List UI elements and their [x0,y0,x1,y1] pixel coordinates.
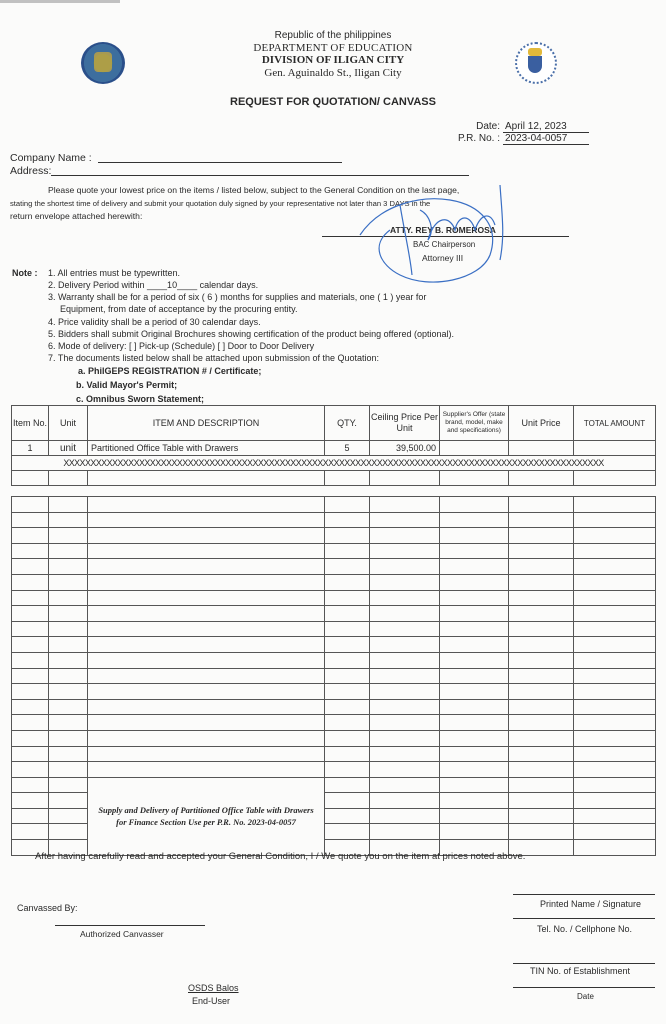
tel-no-line[interactable] [513,918,655,919]
note-item: 6. Mode of delivery: [ ] Pick-up (Schedu… [48,341,314,351]
col-item-no: Item No. [12,406,49,441]
note-label: Note : [12,268,38,278]
header-department: DEPARTMENT OF EDUCATION [0,42,666,54]
cell-ceiling-price: 39,500.00 [370,441,440,456]
intro-line-2: stating the shortest time of delivery an… [10,197,430,210]
required-doc: c. Omnibus Sworn Statement; [76,394,204,404]
signatory-title: Attorney III [422,253,463,263]
address-label: Address: [10,165,51,177]
pr-value: 2023-04-0057 [503,133,589,145]
pr-label: P.R. No. : [430,133,500,144]
quotation-table: Item No. Unit ITEM AND DESCRIPTION QTY. … [11,405,656,486]
table-row [12,668,656,684]
scan-artifact [0,0,120,3]
table-row [12,574,656,590]
company-name-label: Company Name : [10,152,92,164]
table-row [12,497,656,513]
end-user-label: End-User [192,996,230,1006]
document-title: REQUEST FOR QUOTATION/ CANVASS [0,96,666,108]
date-label: Date: [440,121,500,132]
header-address: Gen. Aguinaldo St., Iligan City [0,67,666,79]
col-supplier-offer: Supplier's Offer (state brand, model, ma… [440,406,509,441]
table-row [12,684,656,700]
table-row [12,746,656,762]
table-row [12,621,656,637]
tin-label: TIN No. of Establishment [530,966,630,976]
table-row [12,762,656,778]
note-item: 5. Bidders shall submit Original Brochur… [48,329,454,339]
table-row [12,528,656,544]
intro-line-3: return envelope attached herewith: [10,210,142,223]
col-total-amount: TOTAL AMOUNT [574,406,656,441]
separator-row: XXXXXXXXXXXXXXXXXXXXXXXXXXXXXXXXXXXXXXXX… [12,456,656,471]
signature-line [322,236,569,237]
required-doc: b. Valid Mayor's Permit; [76,380,177,390]
cell-unit-price[interactable] [509,441,574,456]
table-row: 1 unit Partitioned Office Table with Dra… [12,441,656,456]
note-item: Equipment, from date of acceptance by th… [60,304,297,314]
table-row [12,715,656,731]
cell-item-no: 1 [12,441,49,456]
tin-line[interactable] [513,963,655,964]
cell-unit: unit [49,441,88,456]
table-row [12,590,656,606]
acceptance-statement: After having carefully read and accepted… [35,851,525,862]
col-unit: Unit [49,406,88,441]
signatory-name: ATTY. REY B. ROMEROSA [390,225,496,235]
table-row [12,730,656,746]
company-name-field[interactable] [98,162,342,163]
blank-rows-table: Supply and Delivery of Partitioned Offic… [11,496,656,856]
col-description: ITEM AND DESCRIPTION [88,406,325,441]
printed-name-line[interactable] [513,894,655,895]
date-label-footer: Date [577,992,594,1001]
table-row [12,559,656,575]
table-row [12,637,656,653]
address-field[interactable] [51,175,469,176]
cell-description: Partitioned Office Table with Drawers [88,441,325,456]
canvasser-signature-line[interactable] [55,925,205,926]
date-line[interactable] [513,987,655,988]
note-item: 7. The documents listed below shall be a… [48,353,379,363]
note-item: 2. Delivery Period within ____10____ cal… [48,280,258,290]
table-row: Supply and Delivery of Partitioned Offic… [12,777,656,793]
note-item: 3. Warranty shall be for a period of six… [48,292,426,302]
col-qty: QTY. [325,406,370,441]
end-user-name: OSDS Balos [188,983,239,993]
table-row [12,699,656,715]
purpose-description: Supply and Delivery of Partitioned Offic… [88,777,325,855]
note-item: 1. All entries must be typewritten. [48,268,180,278]
table-header-row: Item No. Unit ITEM AND DESCRIPTION QTY. … [12,406,656,441]
authorized-canvasser-label: Authorized Canvasser [80,929,164,939]
intro-line-1: Please quote your lowest price on the it… [48,184,459,197]
required-doc: a. PhilGEPS REGISTRATION # / Certificate… [78,366,261,376]
col-unit-price: Unit Price [509,406,574,441]
table-row [12,543,656,559]
cell-qty: 5 [325,441,370,456]
canvassed-by-label: Canvassed By: [17,903,78,913]
col-ceiling-price: Ceiling Price Per Unit [370,406,440,441]
cell-total[interactable] [574,441,656,456]
header-republic: Republic of the philippines [0,30,666,41]
signatory-role: BAC Chairperson [413,240,475,249]
note-item: 4. Price validity shall be a period of 3… [48,317,261,327]
separator-text: XXXXXXXXXXXXXXXXXXXXXXXXXXXXXXXXXXXXXXXX… [12,456,656,471]
table-row [12,652,656,668]
cell-supplier-offer[interactable] [440,441,509,456]
table-row [12,512,656,528]
tel-no-label: Tel. No. / Cellphone No. [537,924,632,934]
table-row [12,471,656,486]
date-value: April 12, 2023 [503,121,589,133]
header-division: DIVISION OF ILIGAN CITY [0,54,666,66]
table-row [12,606,656,622]
printed-name-label: Printed Name / Signature [540,899,641,909]
